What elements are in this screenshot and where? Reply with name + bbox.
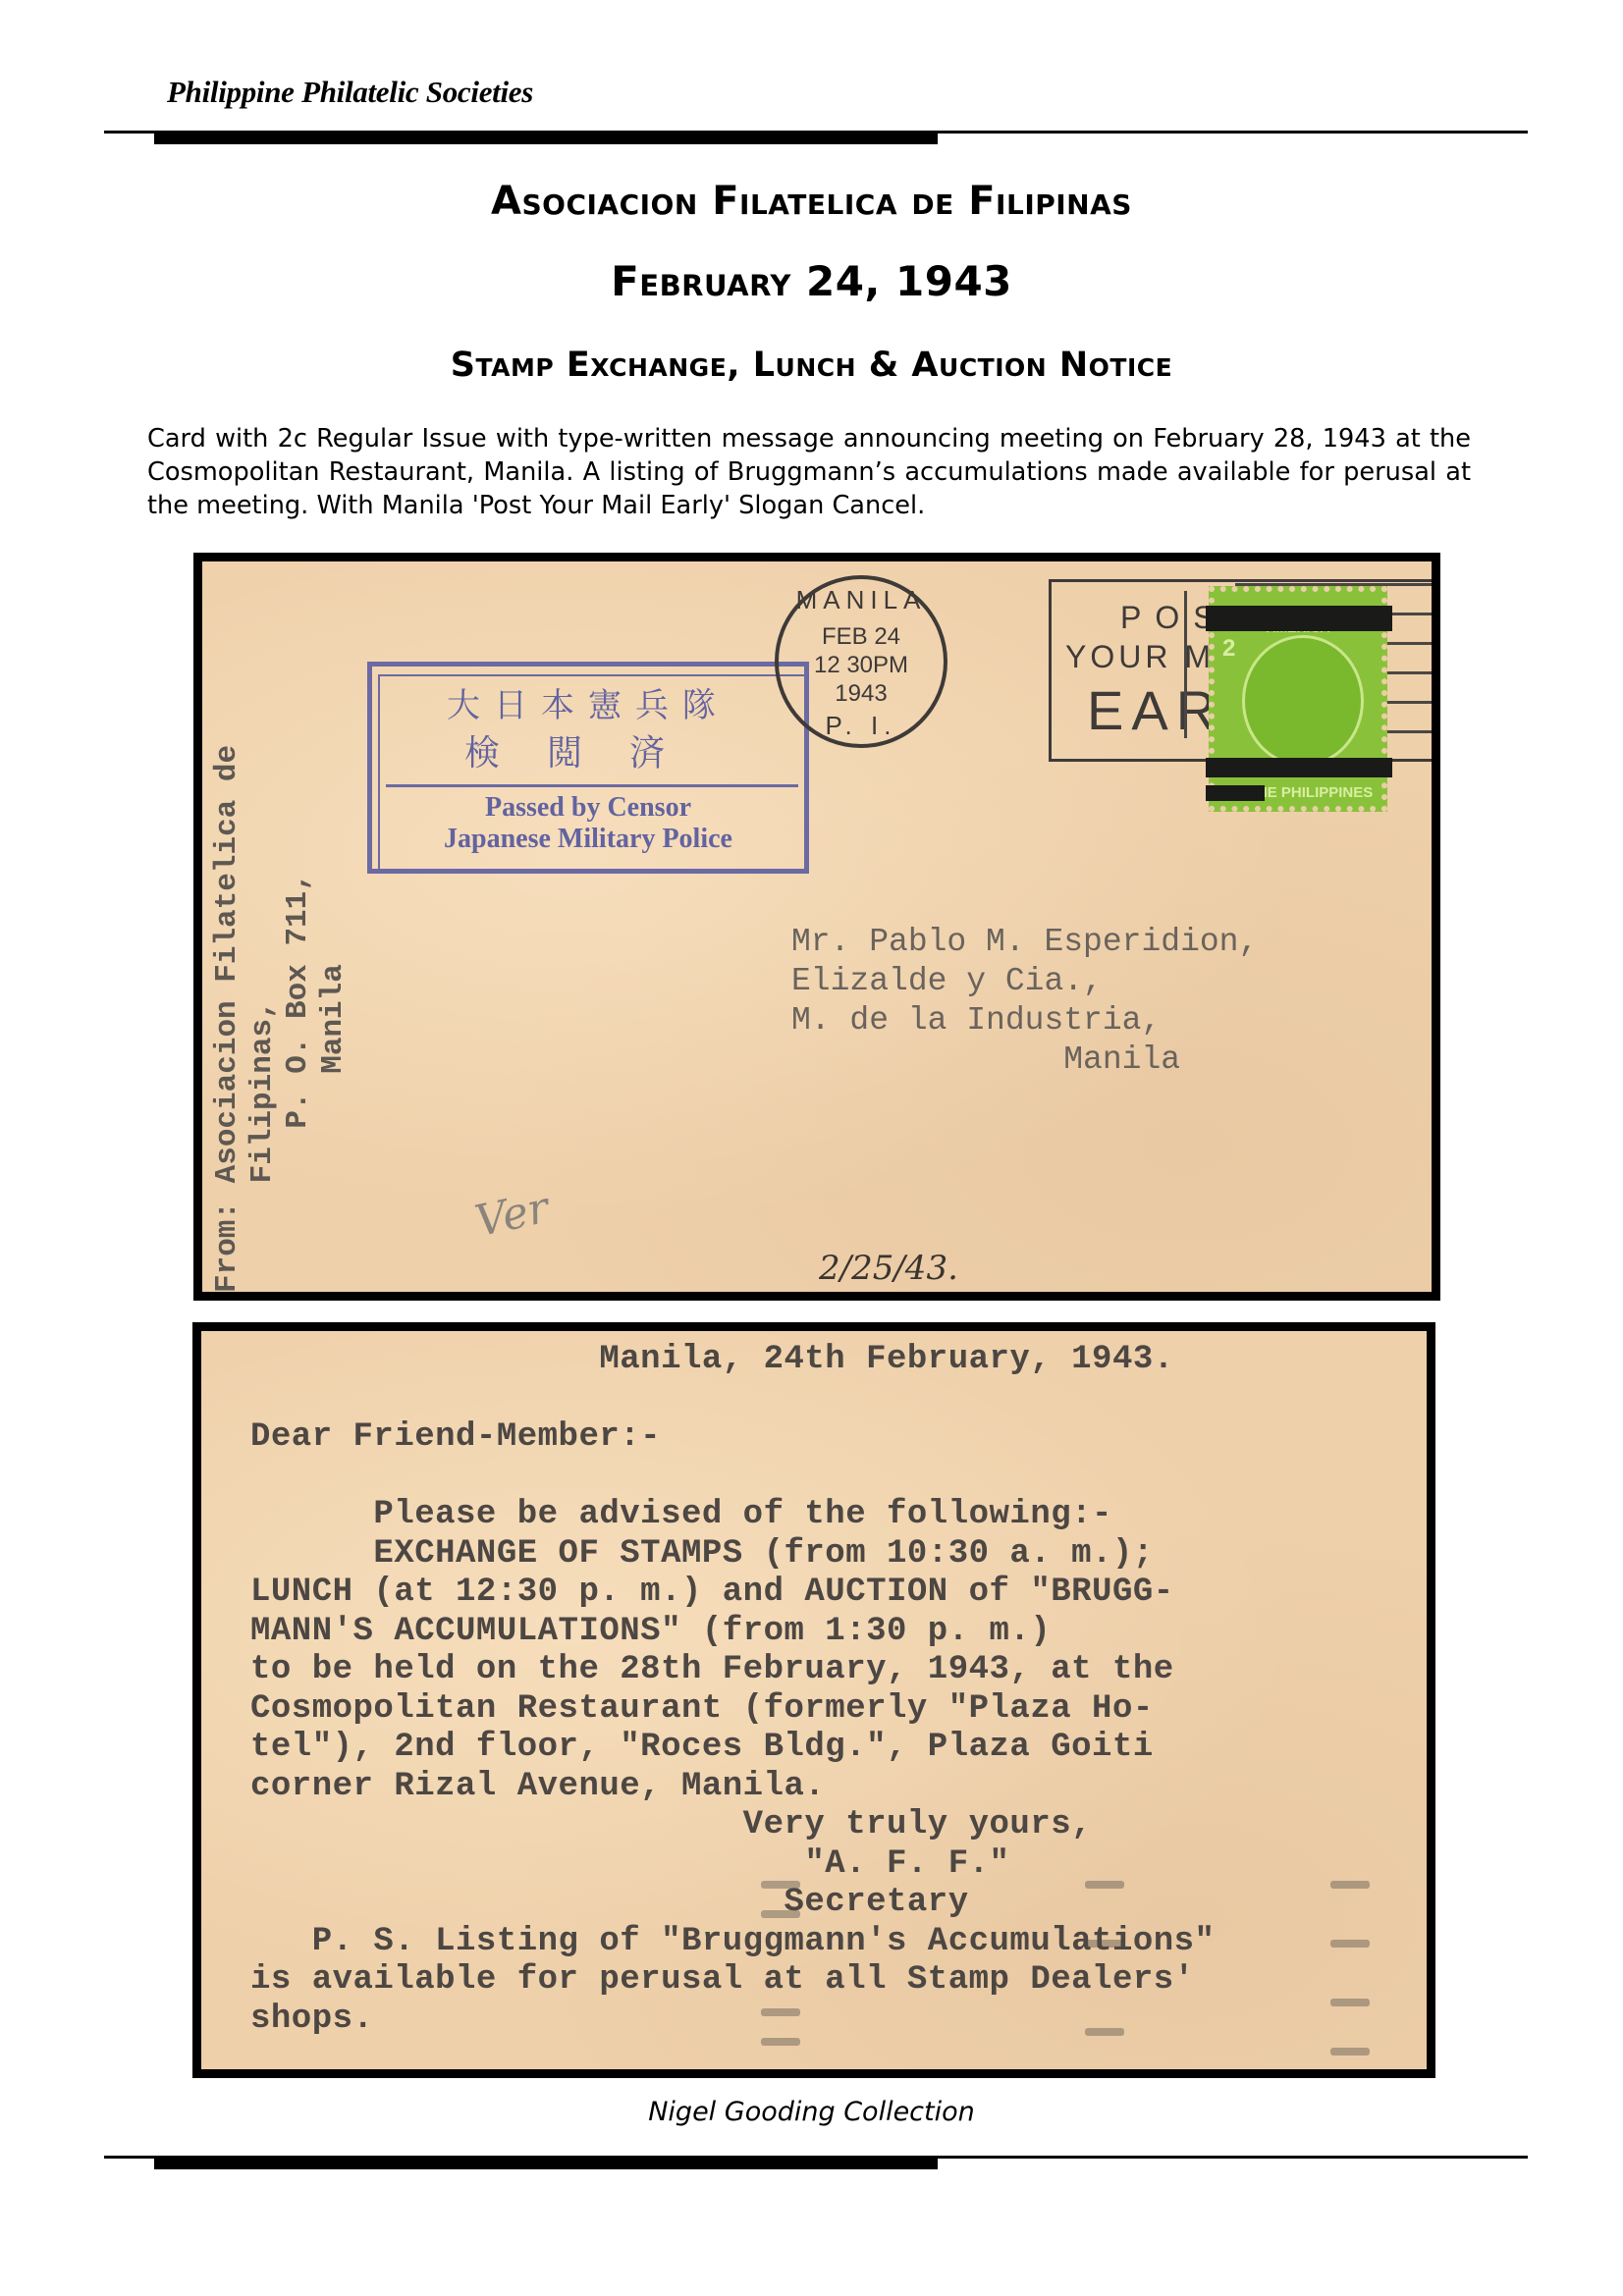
censor-handstamp: 大日本憲兵隊 検閲済 Passed by Censor Japanese Mil… <box>367 662 809 874</box>
postcard-back-image: Manila, 24th February, 1943. Dear Friend… <box>192 1322 1435 2078</box>
offset-cancel-mark <box>1085 1881 1124 1889</box>
sender-address: From: Asociacion Filatelica de Filipinas… <box>210 745 352 1293</box>
circular-date-postmark: MANILA FEB 24 12 30PM 1943 P. I. <box>775 575 947 748</box>
obliteration-bar <box>1206 606 1392 631</box>
offset-cancel-mark <box>1085 1940 1124 1948</box>
offset-cancel-mark <box>761 1881 800 1889</box>
subject-title: Stamp Exchange, Lunch & Auction Notice <box>0 346 1623 385</box>
postmark-date: FEB 24 12 30PM 1943 <box>779 622 944 708</box>
offset-cancel-mark <box>761 2038 800 2046</box>
postmark-country: P. I. <box>779 711 944 741</box>
offset-cancel-mark <box>1085 2028 1124 2036</box>
description-caption: Card with 2c Regular Issue with type-wri… <box>147 422 1471 522</box>
censor-english-line1: Passed by Censor <box>372 792 804 824</box>
censor-kanji-line1: 大日本憲兵隊 <box>372 678 804 726</box>
censor-kanji-line2: 検閲済 <box>372 725 804 775</box>
recipient-address: Mr. Pablo M. Esperidion, Elizalde y Cia.… <box>791 923 1258 1080</box>
obliteration-bar <box>1206 758 1392 777</box>
running-header: Philippine Philatelic Societies <box>167 75 533 110</box>
offset-cancel-mark <box>761 2008 800 2016</box>
cancel-line <box>1184 591 1187 738</box>
stamp-value: 2 <box>1222 635 1235 663</box>
offset-cancel-mark <box>1330 1881 1370 1889</box>
typewritten-message: Manila, 24th February, 1943. Dear Friend… <box>250 1341 1215 2039</box>
header-rule-thick <box>154 133 938 144</box>
obliteration-bar <box>1206 785 1265 801</box>
offset-cancel-mark <box>1330 1999 1370 2006</box>
offset-cancel-mark <box>1330 1940 1370 1948</box>
postcard-front-image: From: Asociacion Filatelica de Filipinas… <box>193 553 1440 1301</box>
pencil-notation: Ver <box>471 1183 554 1247</box>
collection-credit: Nigel Gooding Collection <box>0 2097 1623 2127</box>
offset-cancel-mark <box>1330 2048 1370 2056</box>
censor-english-line2: Japanese Military Police <box>372 824 804 855</box>
received-date-notation: 2/25/43. <box>819 1249 958 1288</box>
stamp-portrait-icon <box>1242 635 1364 767</box>
date-title: February 24, 1943 <box>0 257 1623 305</box>
society-title: Asociacion Filatelica de Filipinas <box>0 179 1623 224</box>
footer-rule-thick <box>154 2158 938 2169</box>
offset-cancel-mark <box>761 1910 800 1918</box>
censor-divider <box>386 784 798 787</box>
postmark-city: MANILA <box>779 585 944 615</box>
